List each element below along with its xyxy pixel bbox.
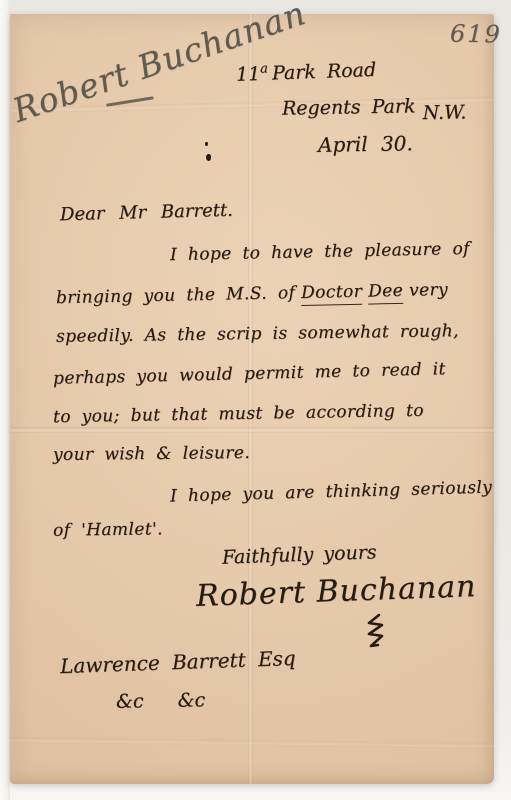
letter-paper: Robert Buchanan 619 11aPark Road Regents…: [10, 14, 494, 784]
etcetera-marks: &c &c: [116, 689, 206, 713]
catalogue-number-pencil: 619: [450, 20, 502, 49]
body-line-3: speedily. As the scrip is somewhat rough…: [56, 321, 459, 347]
body-line-7: I hope you are thinking seriously: [170, 478, 493, 507]
closing-valediction: Faithfully yours: [222, 541, 377, 568]
body-line-5: to you; but that must be according to: [53, 401, 424, 427]
salutation: Dear Mr Barrett.: [60, 200, 233, 226]
ink-blot: [203, 142, 212, 166]
body-line-2-text: very: [409, 280, 448, 301]
address-line-street: 11aPark Road: [236, 58, 377, 86]
house-number: 11: [236, 63, 261, 86]
postal-district: N.W.: [422, 101, 466, 124]
underlined-title-word: Doctor: [301, 282, 362, 306]
body-line-2-text: bringing you the M.S. of: [56, 283, 296, 308]
signature-paraph-flourish: [364, 612, 390, 658]
signature: Robert Buchanan: [195, 569, 477, 614]
body-line-2: bringing you the M.S. ofDoctorDeevery: [56, 280, 448, 308]
body-line-8: of 'Hamlet'.: [53, 519, 163, 541]
ink-blot-dot: [205, 142, 208, 146]
house-number-suffix: a: [260, 61, 268, 76]
letter-scan: Robert Buchanan 619 11aPark Road Regents…: [0, 0, 511, 800]
recipient-line: Lawrence Barrett Esq: [60, 646, 296, 678]
street-name: Park Road: [272, 59, 377, 85]
date-line: April 30.: [318, 131, 413, 157]
body-line-1: I hope to have the pleasure of: [170, 239, 470, 265]
underlined-title-word: Dee: [368, 281, 403, 305]
district-name: Regents Park: [282, 95, 416, 119]
body-line-6: your wish & leisure.: [53, 443, 250, 465]
address-line-district: Regents ParkN.W.: [282, 94, 467, 119]
middle-fold-crease: [10, 427, 494, 433]
scanner-edge: [0, 0, 10, 800]
ink-blot-dot: [206, 154, 211, 161]
